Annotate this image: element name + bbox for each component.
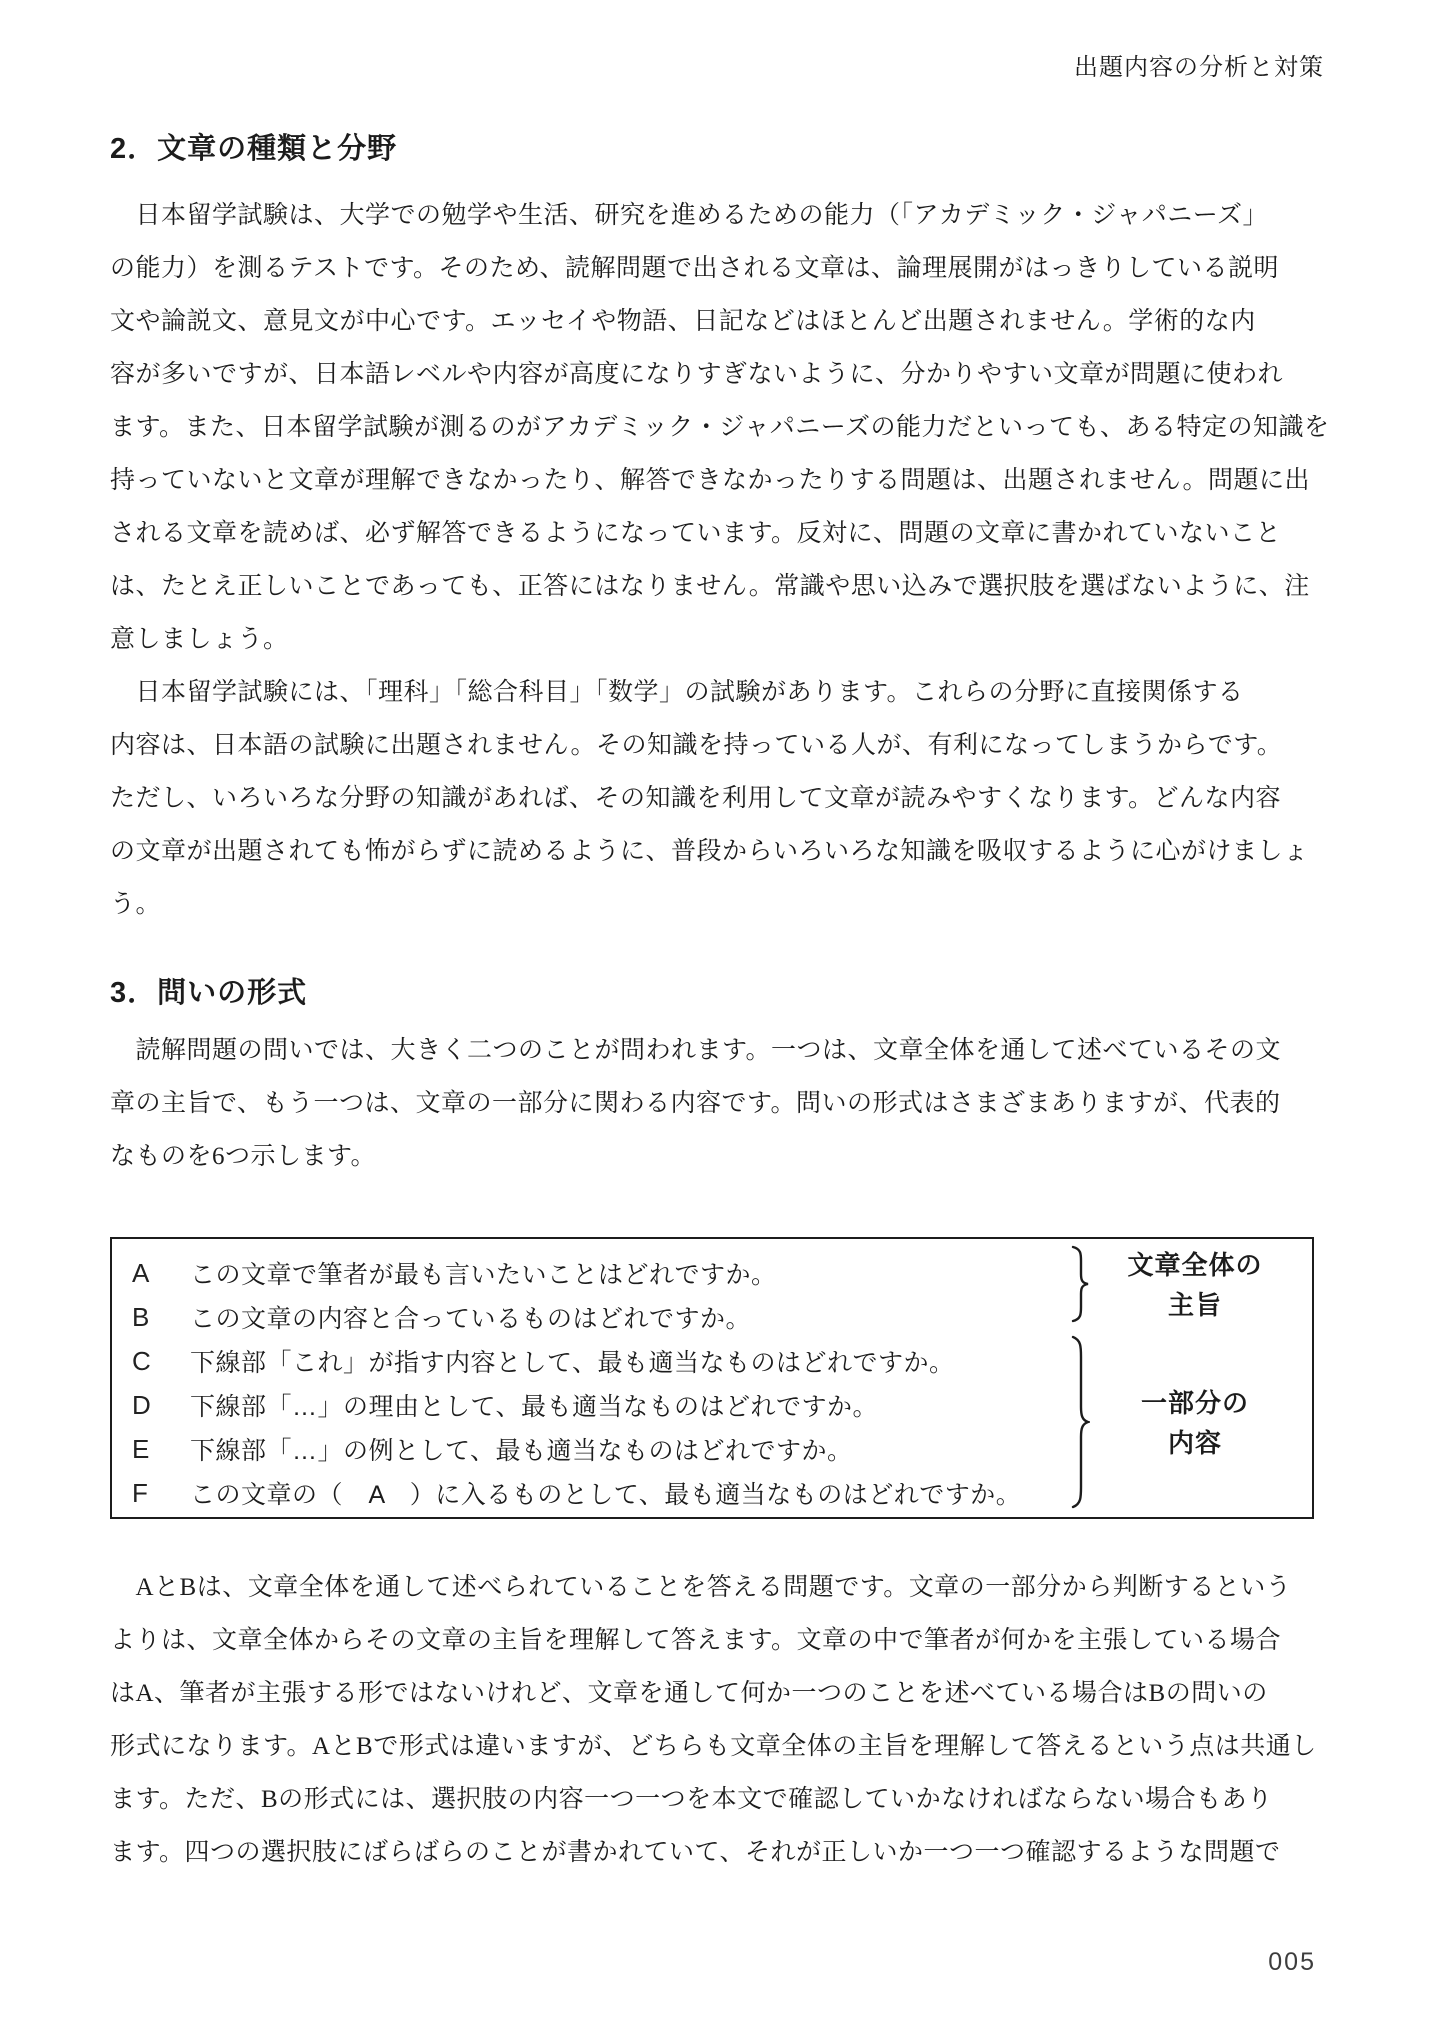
question-type-text: 下線部「これ」が指す内容として、最も適当なものはどれですか。 [190,1343,955,1379]
text-line: 日本留学試験は、大学での勉学や生活、研究を進めるための能力（「アカデミック・ジャ… [110,189,1324,242]
text-line: ます。四つの選択肢にばらばらのことが書かれていて、それが正しいか一つ一つ確認する… [110,1826,1324,1879]
label-line: 内容 [1100,1423,1290,1463]
text-line: 章の主旨で、もう一つは、文章の一部分に関わる内容です。問いの形式はさまざまありま… [110,1077,1324,1130]
question-type-text: この文章の内容と合っているものはどれですか。 [190,1299,751,1335]
document-page: 出題内容の分析と対策 2．文章の種類と分野 日本留学試験は、大学での勉学や生活、… [0,0,1434,2032]
section-3-body: 読解問題の問いでは、大きく二つのことが問われます。一つは、文章全体を通して述べて… [110,1024,1324,1183]
text-line: AとBは、文章全体を通して述べられていることを答える問題です。文章の一部分から判… [110,1561,1324,1614]
question-type-text: この文章の（ A ）に入るものとして、最も適当なものはどれですか。 [190,1475,1021,1511]
label-line: 主旨 [1100,1285,1290,1325]
running-head: 出題内容の分析と対策 [110,47,1324,77]
section-2-body: 日本留学試験は、大学での勉学や生活、研究を進めるための能力（「アカデミック・ジャ… [110,189,1324,931]
question-type-row: C 下線部「これ」が指す内容として、最も適当なものはどれですか。 [132,1339,1312,1383]
text-line: 読解問題の問いでは、大きく二つのことが問われます。一つは、文章全体を通して述べて… [110,1024,1324,1077]
question-type-letter: D [132,1390,190,1421]
label-line: 一部分の [1100,1383,1290,1423]
section-2-heading: 2．文章の種類と分野 [110,129,1324,169]
text-line: なものを6つ示します。 [110,1130,1324,1183]
question-type-letter: B [132,1302,190,1333]
text-line: ます。ただ、Bの形式には、選択肢の内容一つ一つを本文で確認していかなければならな… [110,1773,1324,1826]
question-type-text: 下線部「…」の例として、最も適当なものはどれですか。 [190,1431,853,1467]
label-line: 文章全体の [1100,1245,1290,1285]
text-line: う。 [110,878,1324,931]
page-number: 005 [1268,1948,1316,1977]
text-line: の能力）を測るテストです。そのため、読解問題で出される文章は、論理展開がはっきり… [110,242,1324,295]
question-type-letter: A [132,1258,190,1289]
label-whole-text-gist: 文章全体の 主旨 [1100,1245,1290,1325]
text-line: はA、筆者が主張する形ではないけれど、文章を通して何か一つのことを述べている場合… [110,1667,1324,1720]
question-types-box: A この文章で筆者が最も言いたいことはどれですか。 B この文章の内容と合ってい… [110,1237,1314,1519]
question-type-letter: E [132,1434,190,1465]
text-line: される文章を読めば、必ず解答できるようになっています。反対に、問題の文章に書かれ… [110,507,1324,560]
question-type-row: F この文章の（ A ）に入るものとして、最も適当なものはどれですか。 [132,1471,1312,1515]
text-line: の文章が出題されても怖がらずに読めるように、普段からいろいろな知識を吸収するよう… [110,825,1324,878]
text-line: は、たとえ正しいことであっても、正答にはなりません。常識や思い込みで選択肢を選ば… [110,560,1324,613]
text-line: 持っていないと文章が理解できなかったり、解答できなかったりする問題は、出題されま… [110,454,1324,507]
text-line: ただし、いろいろな分野の知識があれば、その知識を利用して文章が読みやすくなります… [110,772,1324,825]
text-line: 容が多いですが、日本語レベルや内容が高度になりすぎないように、分かりやすい文章が… [110,348,1324,401]
text-line: 内容は、日本語の試験に出題されません。その知識を持っている人が、有利になってしま… [110,719,1324,772]
text-line: 形式になります。AとBで形式は違いますが、どちらも文章全体の主旨を理解して答える… [110,1720,1324,1773]
question-type-text: 下線部「…」の理由として、最も適当なものはどれですか。 [190,1387,878,1423]
closing-body: AとBは、文章全体を通して述べられていることを答える問題です。文章の一部分から判… [110,1561,1324,1879]
question-type-text: この文章で筆者が最も言いたいことはどれですか。 [190,1255,777,1291]
text-line: 文や論説文、意見文が中心です。エッセイや物語、日記などはほとんど出題されません。… [110,295,1324,348]
label-part-content: 一部分の 内容 [1100,1383,1290,1463]
text-line: ます。また、日本留学試験が測るのがアカデミック・ジャパニーズの能力だといっても、… [110,401,1324,454]
brace-part-content-icon [1070,1335,1090,1509]
text-line: よりは、文章全体からその文章の主旨を理解して答えます。文章の中で筆者が何かを主張… [110,1614,1324,1667]
question-type-letter: C [132,1346,190,1377]
text-line: 日本留学試験には、「理科」「総合科目」「数学」の試験があります。これらの分野に直… [110,666,1324,719]
text-line: 意しましょう。 [110,613,1324,666]
brace-whole-text-icon [1070,1245,1090,1323]
question-type-letter: F [132,1478,190,1509]
section-3-heading: 3．問いの形式 [110,973,1324,1013]
